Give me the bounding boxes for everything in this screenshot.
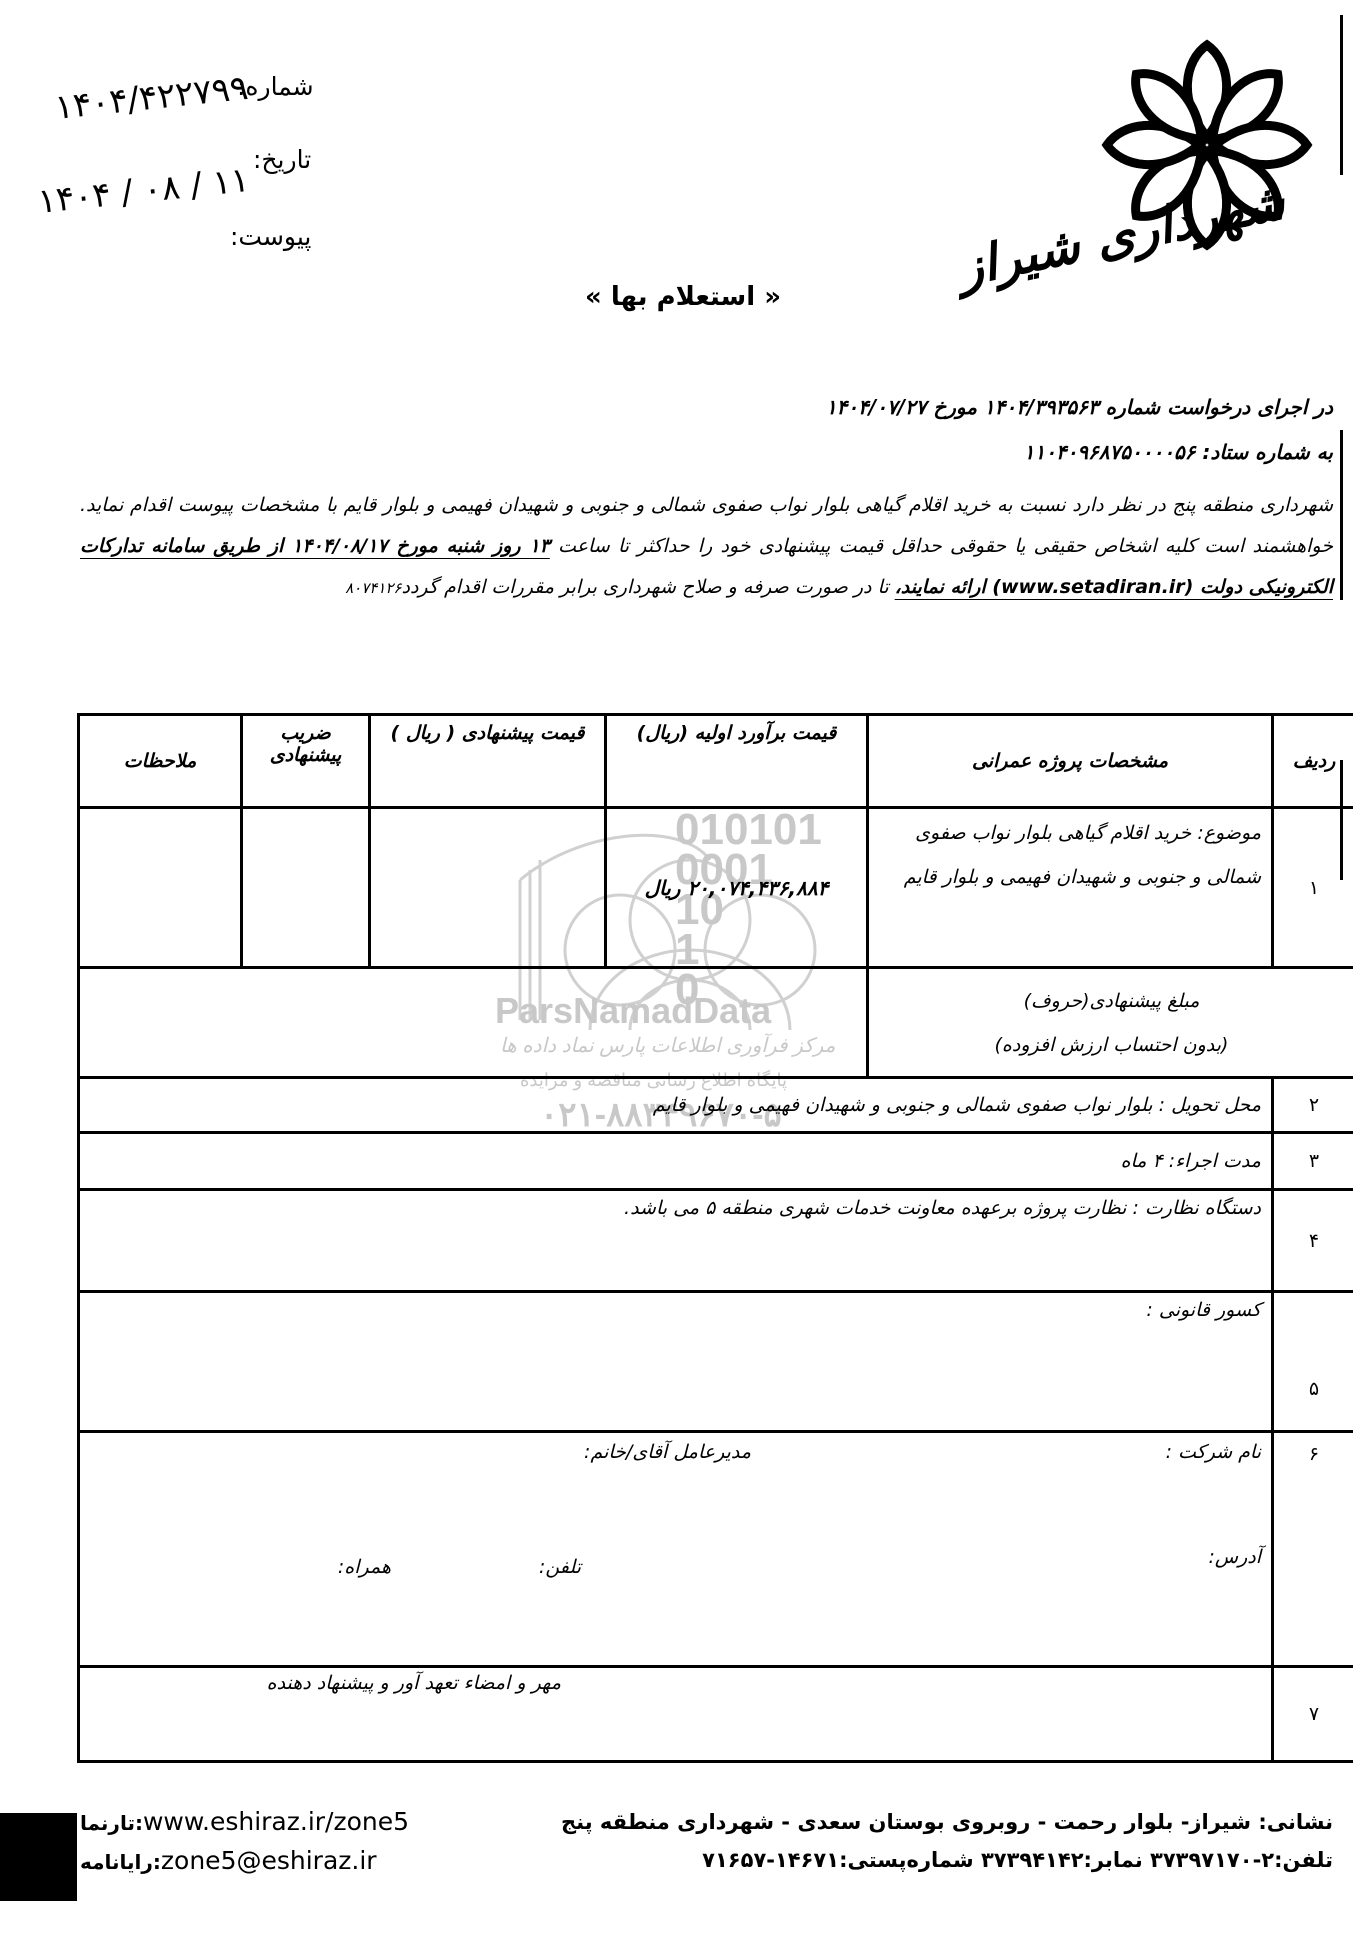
date-label: تاریخ:: [253, 145, 311, 174]
setad-number: به شماره ستاد: ۱۱۰۴۰۹۶۸۷۵۰۰۰۰۵۶: [1024, 440, 1333, 464]
row-number: ۶: [1273, 1432, 1353, 1667]
proposed-coefficient-input[interactable]: [242, 808, 370, 968]
logo: شهرداری شیراز: [955, 30, 1335, 290]
footer-web-block: تارنما:www.eshiraz.ir/zone5 رایانامه:zon…: [80, 1803, 409, 1881]
header-proposed-coefficient: ضریب پیشنهادی: [242, 715, 370, 808]
attachment-label: پیوست:: [230, 222, 311, 251]
footer-address: نشانی: شیراز- بلوار رحمت - روبروی بوستان…: [561, 1803, 1333, 1841]
table-row: ۵ کسور قانونی :: [79, 1292, 1353, 1432]
supervision-body: دستگاه نظارت : نظارت پروژه برعهده معاونت…: [79, 1190, 1273, 1292]
inquiry-table: ردیف مشخصات پروژه عمرانی قیمت برآورد اول…: [77, 713, 1353, 1763]
ceo-label: مدیرعامل آقای/خانم:: [584, 1441, 751, 1463]
header-row-number: ردیف: [1273, 715, 1353, 808]
table-row: ۴ دستگاه نظارت : نظارت پروژه برعهده معاو…: [79, 1190, 1353, 1292]
phone-label: تلفن:: [539, 1556, 581, 1578]
amount-in-words-input[interactable]: [79, 968, 868, 1078]
row-number: ۴: [1273, 1190, 1353, 1292]
footer-address-block: نشانی: شیراز- بلوار رحمت - روبروی بوستان…: [561, 1803, 1333, 1879]
delivery-location: محل تحویل : بلوار نواب صفوی شمالی و جنوب…: [79, 1078, 1273, 1133]
seal-signature: مهر و امضاء تعهد آور و پیشنهاد دهنده: [79, 1667, 1273, 1762]
company-name-label: نام شرکت :: [1166, 1441, 1261, 1463]
row-number: ۷: [1273, 1667, 1353, 1762]
row-number: ۳: [1273, 1133, 1353, 1190]
table-row: ۱ موضوع: خرید اقلام گیاهی بلوار نواب صفو…: [79, 808, 1353, 968]
website-label: تارنما:: [80, 1811, 143, 1835]
mobile-label: همراه:: [338, 1556, 391, 1578]
header-initial-price: قیمت برآورد اولیه (ریال): [606, 715, 868, 808]
table-row: ۳ مدت اجراء: ۴ ماه: [79, 1133, 1353, 1190]
page-edge-line: [1340, 15, 1343, 175]
legal-deductions: کسور قانونی :: [79, 1292, 1273, 1432]
header-notes: ملاحظات: [79, 715, 242, 808]
page-title: « استعلام بها »: [585, 282, 781, 312]
row-number: ۵: [1273, 1292, 1353, 1432]
page-edge-line: [1340, 430, 1343, 600]
email-label: رایانامه:: [80, 1850, 161, 1874]
amount-in-words-label: مبلغ پیشنهادی(حروف) (بدون احتساب ارزش اف…: [868, 968, 1353, 1078]
address-label: آدرس:: [1208, 1546, 1261, 1568]
date-value: ۱۴۰۴ / ۰۸ / ۱۱: [36, 160, 251, 222]
execution-duration: مدت اجراء: ۴ ماه: [79, 1133, 1273, 1190]
footer-email-line: رایانامه:zone5@eshiraz.ir: [80, 1842, 409, 1881]
initial-price-value: ۲۰,۰۷۴,۴۳۶,۸۸۴ ریال: [606, 808, 868, 968]
row-number: ۲: [1273, 1078, 1353, 1133]
number-value: ۱۴۰۴/۴۲۲۷۹۹: [53, 68, 250, 128]
footer-contacts: تلفن:۲-۳۷۳۹۷۱۷۰ نمابر:۳۷۳۹۴۱۴۲ شماره‌پست…: [561, 1841, 1333, 1879]
paragraph-text-end: تا در صورت صرفه و صلاح شهرداری برابر مقر…: [402, 576, 895, 598]
header-proposed-price: قیمت پیشنهادی ( ریال ): [370, 715, 606, 808]
footer-website-line: تارنما:www.eshiraz.ir/zone5: [80, 1803, 409, 1842]
seal-signature-label: مهر و امضاء تعهد آور و پیشنهاد دهنده: [267, 1672, 561, 1694]
notes-input[interactable]: [79, 808, 242, 968]
company-info: نام شرکت : مدیرعامل آقای/خانم: آدرس: تلف…: [79, 1432, 1273, 1667]
request-reference: در اجرای درخواست شماره ۱۴۰۴/۳۹۳۵۶۳ مورخ …: [826, 395, 1333, 419]
header-project-specs: مشخصات پروژه عمرانی: [868, 715, 1273, 808]
table-row: ۲ محل تحویل : بلوار نواب صفوی شمالی و جن…: [79, 1078, 1353, 1133]
body-paragraph: شهرداری منطقه پنج در نظر دارد نسبت به خر…: [80, 485, 1333, 609]
proposed-price-input[interactable]: [370, 808, 606, 968]
email-link[interactable]: zone5@eshiraz.ir: [161, 1846, 377, 1875]
footer-black-block: [0, 1813, 77, 1901]
amount-words-note: (بدون احتساب ارزش افزوده): [879, 1023, 1344, 1067]
row-number: ۱: [1273, 808, 1353, 968]
amount-words-label: مبلغ پیشنهادی(حروف): [879, 979, 1344, 1023]
project-subject: موضوع: خرید اقلام گیاهی بلوار نواب صفوی …: [868, 808, 1273, 968]
reference-code: ۸۰۷۴۱۲۶: [345, 579, 401, 597]
table-row: ۶ نام شرکت : مدیرعامل آقای/خانم: آدرس: ت…: [79, 1432, 1353, 1667]
website-link[interactable]: www.eshiraz.ir/zone5: [143, 1807, 409, 1836]
table-row: ۷ مهر و امضاء تعهد آور و پیشنهاد دهنده: [79, 1667, 1353, 1762]
